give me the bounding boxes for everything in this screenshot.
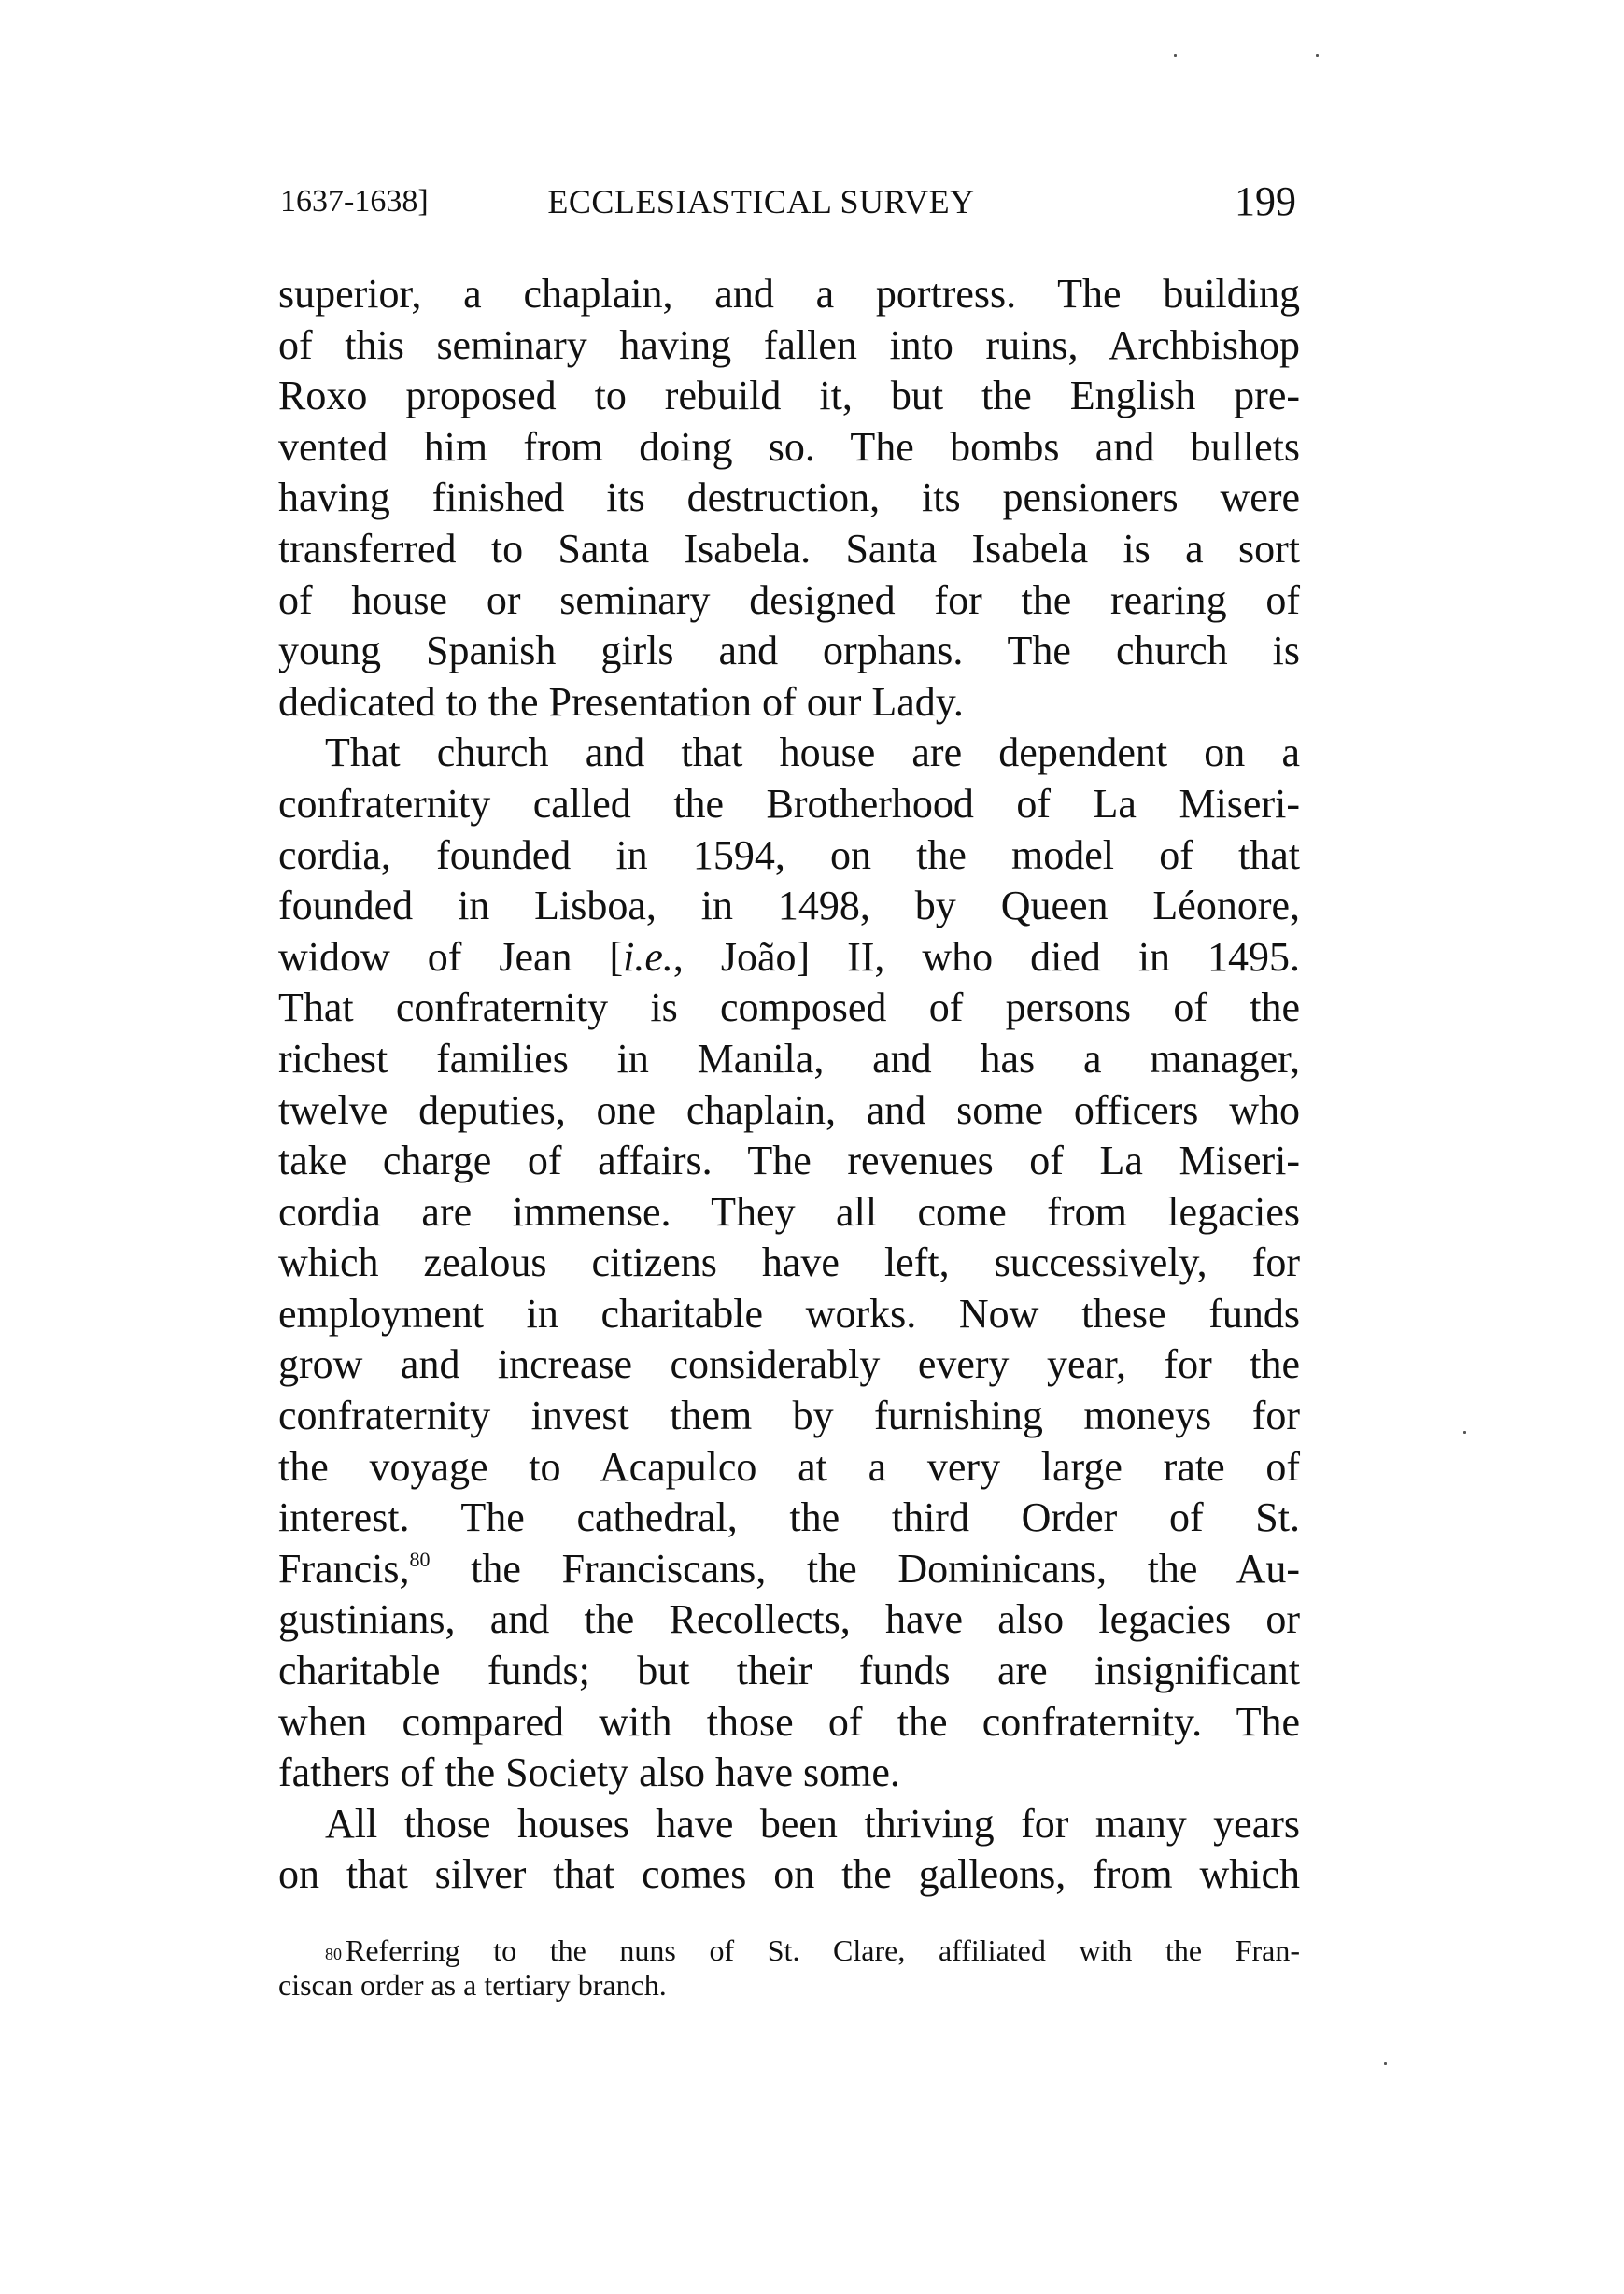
paragraph-end-line: fathers of the Society also have some. bbox=[278, 1748, 1300, 1799]
text-line: founded in Lisboa, in 1498, by Queen Léo… bbox=[278, 881, 1300, 932]
italic-abbreviation: i.e. bbox=[623, 934, 673, 980]
text-line: That confraternity is composed of person… bbox=[278, 983, 1300, 1034]
text-line: when compared with those of the confrate… bbox=[278, 1697, 1300, 1749]
footnote-text: Referring to the nuns of St. Clare, affi… bbox=[346, 1933, 1300, 1967]
book-page: 1637-1638] ECCLESIASTICAL SURVEY 199 sup… bbox=[278, 0, 1300, 2294]
page-number: 199 bbox=[1235, 176, 1296, 228]
text-line: gustinians, and the Recollects, have als… bbox=[278, 1594, 1300, 1646]
text-line: twelve deputies, one chaplain, and some … bbox=[278, 1085, 1300, 1137]
text-line: which zealous citizens have left, succes… bbox=[278, 1238, 1300, 1289]
text-line: interest. The cathedral, the third Order… bbox=[278, 1493, 1300, 1544]
text-line: the voyage to Acapulco at a very large r… bbox=[278, 1442, 1300, 1494]
text-segment: , João] II, who died in 1495. bbox=[673, 934, 1300, 980]
footnote-line: ciscan order as a tertiary branch. bbox=[278, 1968, 1300, 2003]
text-line: cordia, founded in 1594, on the model of… bbox=[278, 830, 1300, 882]
text-line: young Spanish girls and orphans. The chu… bbox=[278, 626, 1300, 677]
scan-speck bbox=[1384, 2062, 1387, 2065]
scan-speck bbox=[1174, 54, 1177, 57]
text-line: transferred to Santa Isabela. Santa Isab… bbox=[278, 524, 1300, 575]
text-line: employment in charitable works. Now thes… bbox=[278, 1289, 1300, 1340]
footnote-line: 80Referring to the nuns of St. Clare, af… bbox=[278, 1933, 1300, 1968]
text-line-with-footnote-ref: Francis,80 the Franciscans, the Dominica… bbox=[278, 1544, 1300, 1595]
text-line: on that silver that comes on the galleon… bbox=[278, 1849, 1300, 1901]
paragraph-end-line: dedicated to the Presentation of our Lad… bbox=[278, 677, 1300, 729]
body-text: superior, a chaplain, and a portress. Th… bbox=[278, 269, 1300, 1901]
text-line: cordia are immense. They all come from l… bbox=[278, 1187, 1300, 1239]
text-line: confraternity called the Brotherhood of … bbox=[278, 779, 1300, 830]
text-line: of house or seminary designed for the re… bbox=[278, 575, 1300, 627]
running-head: 1637-1638] ECCLESIASTICAL SURVEY 199 bbox=[278, 176, 1300, 228]
text-line: charitable funds; but their funds are in… bbox=[278, 1646, 1300, 1697]
text-line: grow and increase considerably every yea… bbox=[278, 1339, 1300, 1391]
scan-speck bbox=[1463, 1431, 1466, 1434]
text-line: confraternity invest them by furnishing … bbox=[278, 1391, 1300, 1442]
text-line: richest families in Manila, and has a ma… bbox=[278, 1034, 1300, 1085]
paragraph-start-line: All those houses have been thriving for … bbox=[278, 1799, 1300, 1850]
text-line: of this seminary having fallen into ruin… bbox=[278, 320, 1300, 372]
scan-speck bbox=[1316, 54, 1319, 57]
text-segment: Francis, bbox=[278, 1546, 410, 1592]
text-segment: the Franciscans, the Dominicans, the Au- bbox=[431, 1546, 1300, 1592]
text-line: superior, a chaplain, and a portress. Th… bbox=[278, 269, 1300, 320]
text-line: Roxo proposed to rebuild it, but the Eng… bbox=[278, 371, 1300, 422]
paragraph-start-line: That church and that house are dependent… bbox=[278, 728, 1300, 779]
running-head-title: ECCLESIASTICAL SURVEY bbox=[278, 176, 1300, 228]
footnote-reference[interactable]: 80 bbox=[410, 1548, 431, 1571]
footnote-marker: 80 bbox=[325, 1945, 342, 1963]
footnote: 80Referring to the nuns of St. Clare, af… bbox=[278, 1933, 1300, 2003]
text-line: take charge of affairs. The revenues of … bbox=[278, 1136, 1300, 1187]
text-line-with-italic: widow of Jean [i.e., João] II, who died … bbox=[278, 932, 1300, 984]
text-line: having finished its destruction, its pen… bbox=[278, 473, 1300, 524]
text-segment: widow of Jean [ bbox=[278, 934, 623, 980]
text-line: vented him from doing so. The bombs and … bbox=[278, 422, 1300, 474]
